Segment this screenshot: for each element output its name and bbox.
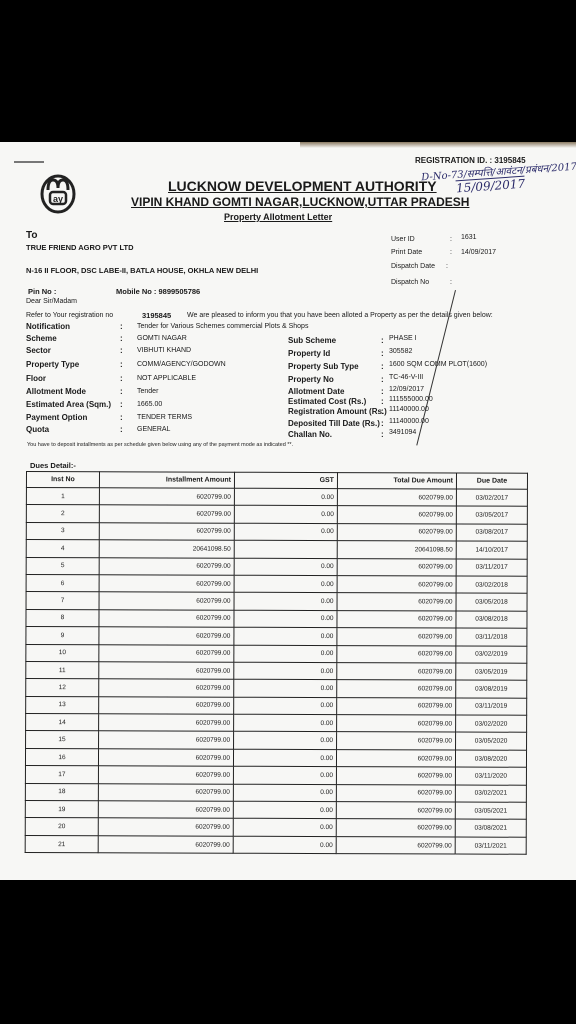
cell: 1	[26, 488, 99, 506]
pen-mark	[14, 161, 44, 163]
detail-value: 1600 SQM COMM PLOT(1600)	[389, 361, 487, 368]
table-row: 206020799.000.006020799.0003/08/2021	[25, 818, 526, 837]
colon: :	[120, 374, 123, 383]
cell: 6020799.00	[98, 766, 233, 784]
refer-label: Refer to Your registration no	[26, 312, 113, 319]
pin-label: Pin No :	[28, 287, 56, 296]
table-row: 66020799.000.006020799.0003/02/2018	[26, 574, 527, 593]
cell: 2	[26, 505, 99, 523]
cell: 6020799.00	[337, 610, 456, 628]
detail-label: Allotment Mode	[26, 387, 86, 396]
authority-address: VIPIN KHAND GOMTI NAGAR,LUCKNOW,UTTAR PR…	[131, 195, 469, 209]
cell: 03/02/2019	[456, 646, 527, 664]
cell: 6020799.00	[99, 714, 234, 732]
detail-value: NOT APPLICABLE	[137, 375, 196, 382]
colon: :	[120, 425, 123, 434]
cell: 7	[26, 592, 99, 610]
detail-value: Tender for Various Schemes commercial Pl…	[137, 323, 308, 330]
table-row: 56020799.000.006020799.0003/11/2017	[26, 557, 527, 576]
colon: :	[381, 387, 384, 396]
detail-label: Estimated Cost (Rs.)	[288, 397, 366, 406]
cell: 6020799.00	[337, 593, 456, 611]
cell: 6020799.00	[337, 680, 456, 698]
dues-header-row: Inst No Installment Amount GST Total Due…	[26, 472, 527, 490]
cell: 03/11/2021	[455, 837, 526, 855]
user-id-value: 1631	[461, 234, 477, 241]
cell: 9	[26, 627, 99, 645]
detail-label: Deposited Till Date (Rs.)	[288, 419, 380, 428]
detail-value: 3491094	[389, 429, 416, 436]
cell: 6020799.00	[337, 506, 456, 524]
colon: :	[381, 362, 384, 371]
detail-value: 111555000.00	[389, 396, 433, 403]
table-row: 146020799.000.006020799.0003/02/2020	[26, 714, 527, 733]
table-row: 126020799.000.006020799.0003/08/2019	[26, 679, 527, 698]
cell: 0.00	[234, 697, 337, 715]
cell: 20641098.50	[337, 541, 456, 559]
colon: :	[381, 375, 384, 384]
cell: 6020799.00	[99, 557, 234, 575]
mobile-number: Mobile No : 9899505786	[116, 287, 200, 296]
cell: 20641098.50	[99, 540, 234, 558]
salutation: Dear Sir/Madam	[26, 298, 77, 305]
table-row: 106020799.000.006020799.0003/02/2019	[26, 644, 527, 663]
detail-label: Property Id	[288, 349, 330, 358]
colon: :	[381, 349, 384, 358]
cell: 6020799.00	[337, 697, 456, 715]
cell: 6020799.00	[99, 644, 234, 662]
table-row: 16020799.000.006020799.0003/02/2017	[26, 488, 527, 507]
table-row: 186020799.000.006020799.0003/02/2021	[25, 783, 526, 802]
detail-value: GOMTI NAGAR	[137, 335, 187, 342]
detail-label: Challan No.	[288, 430, 332, 439]
table-row: 116020799.000.006020799.0003/05/2019	[26, 661, 527, 680]
cell: 6020799.00	[336, 749, 455, 767]
detail-label: Property Type	[26, 360, 79, 369]
print-date-label: Print Date	[391, 249, 422, 256]
cell: 6020799.00	[336, 802, 455, 820]
detail-value: GENERAL	[137, 426, 170, 433]
detail-value: 11140000.00	[389, 418, 429, 425]
detail-label: Notification	[26, 322, 70, 331]
detail-value: 1665.00	[137, 401, 162, 408]
detail-label: Scheme	[26, 334, 57, 343]
col-gst: GST	[234, 472, 337, 488]
cell: 6020799.00	[337, 645, 456, 663]
cell: 03/05/2020	[456, 732, 527, 750]
authority-name: LUCKNOW DEVELOPMENT AUTHORITY	[168, 178, 437, 194]
cell: 0.00	[233, 836, 336, 854]
detail-label: Estimated Area (Sqm.)	[26, 400, 111, 409]
cell: 6020799.00	[99, 679, 234, 697]
detail-value: COMM/AGENCY/GODOWN	[137, 361, 226, 368]
cell: 0.00	[233, 784, 336, 802]
user-id-label: User ID	[391, 236, 415, 243]
cell: 6020799.00	[99, 523, 234, 541]
colon: :	[120, 346, 123, 355]
detail-label: Sector	[26, 346, 51, 355]
cell: 6	[26, 574, 99, 592]
cell: 6020799.00	[337, 628, 456, 646]
cell: 03/08/2019	[456, 680, 527, 698]
detail-label: Payment Option	[26, 413, 87, 422]
cell: 6020799.00	[336, 819, 455, 837]
detail-value: 12/09/2017	[389, 386, 424, 393]
cell: 6020799.00	[98, 749, 233, 767]
cell: 03/05/2018	[456, 593, 527, 611]
table-row: 216020799.000.006020799.0003/11/2021	[25, 835, 526, 854]
cell: 6020799.00	[337, 732, 456, 750]
detail-value: TENDER TERMS	[137, 414, 192, 421]
col-inst-no: Inst No	[26, 472, 99, 488]
to-label: To	[26, 230, 37, 241]
cell: 03/05/2019	[456, 663, 527, 681]
cell: 0.00	[234, 680, 337, 698]
lda-logo-icon: ay	[40, 172, 76, 214]
table-row: 26020799.000.006020799.0003/05/2017	[26, 505, 527, 524]
dispatch-no-label: Dispatch No	[391, 279, 429, 286]
cell: 0.00	[234, 662, 337, 680]
cell: 0.00	[234, 523, 337, 541]
cell: 4	[26, 540, 99, 558]
cell: 0.00	[234, 593, 337, 611]
dispatch-date-label: Dispatch Date	[391, 263, 435, 270]
colon: :	[120, 400, 123, 409]
cell: 03/02/2021	[455, 785, 526, 803]
cell: 19	[25, 801, 98, 819]
cell: 03/08/2020	[455, 750, 526, 768]
col-total-due: Total Due Amount	[337, 473, 456, 489]
cell: 6020799.00	[99, 575, 234, 593]
cell: 6020799.00	[99, 592, 234, 610]
payment-note: You have to deposit installments as per …	[27, 442, 293, 448]
colon: :	[120, 387, 123, 396]
detail-label: Registration Amount (Rs.)	[288, 407, 387, 416]
cell: 13	[26, 696, 99, 714]
cell: 6020799.00	[98, 836, 233, 854]
cell: 5	[26, 557, 99, 575]
colon: :	[450, 279, 452, 286]
cell: 14/10/2017	[456, 541, 527, 559]
cell: 14	[26, 714, 99, 732]
colon: :	[381, 407, 384, 416]
cell: 03/02/2017	[456, 489, 527, 507]
cell: 6020799.00	[99, 627, 234, 645]
table-row: 36020799.000.006020799.0003/08/2017	[26, 522, 527, 541]
table-row: 420641098.5020641098.5014/10/2017	[26, 540, 527, 559]
table-row: 176020799.000.006020799.0003/11/2020	[25, 766, 526, 785]
cell: 17	[25, 766, 98, 784]
detail-label: Property Sub Type	[288, 362, 359, 371]
colon: :	[450, 236, 452, 243]
cell: 0.00	[233, 749, 336, 767]
cell: 0.00	[233, 766, 336, 784]
cell: 18	[25, 783, 98, 801]
cell: 6020799.00	[98, 801, 233, 819]
cell: 0.00	[234, 645, 337, 663]
cell: 0.00	[234, 575, 337, 593]
table-row: 76020799.000.006020799.0003/05/2018	[26, 592, 527, 611]
cell: 03/11/2020	[455, 767, 526, 785]
detail-value: TC-46-V-III	[389, 374, 423, 381]
cell: 6020799.00	[337, 662, 456, 680]
cell: 12	[26, 679, 99, 697]
cell: 6020799.00	[337, 523, 456, 541]
cell: 0.00	[234, 506, 337, 524]
detail-label: Allotment Date	[288, 387, 344, 396]
cell: 03/08/2018	[456, 611, 527, 629]
cell: 03/05/2017	[456, 506, 527, 524]
recipient-address: N-16 II FLOOR, DSC LABE-II, BATLA HOUSE,…	[26, 266, 258, 275]
cell: 10	[26, 644, 99, 662]
cell: 03/08/2021	[455, 819, 526, 837]
colon: :	[446, 263, 448, 270]
col-installment-amount: Installment Amount	[99, 472, 234, 488]
cell: 6020799.00	[336, 767, 455, 785]
table-row: 166020799.000.006020799.0003/08/2020	[25, 748, 526, 767]
cell: 0.00	[233, 819, 336, 837]
dues-title: Dues Detail:-	[30, 461, 76, 470]
cell: 20	[25, 818, 98, 836]
recipient-name: TRUE FRIEND AGRO PVT LTD	[26, 243, 134, 252]
cell: 03/11/2018	[456, 628, 527, 646]
dues-table: Inst No Installment Amount GST Total Due…	[25, 471, 528, 855]
table-row: 86020799.000.006020799.0003/08/2018	[26, 609, 527, 628]
table-row: 96020799.000.006020799.0003/11/2018	[26, 627, 527, 646]
cell: 0.00	[234, 610, 337, 628]
cell: 03/08/2017	[456, 524, 527, 542]
cell	[234, 540, 337, 558]
cell: 03/02/2020	[456, 715, 527, 733]
cell: 8	[26, 609, 99, 627]
cell: 0.00	[233, 801, 336, 819]
detail-label: Sub Scheme	[288, 336, 336, 345]
cell: 6020799.00	[99, 488, 234, 506]
registration-number: 3195845	[142, 311, 171, 320]
cell: 6020799.00	[99, 731, 234, 749]
cell: 3	[26, 522, 99, 540]
colon: :	[381, 336, 384, 345]
colon: :	[120, 413, 123, 422]
colon: :	[450, 249, 452, 256]
detail-label: Floor	[26, 374, 46, 383]
print-date-value: 14/09/2017	[461, 249, 496, 256]
colon: :	[381, 430, 384, 439]
detail-value: PHASE I	[389, 335, 417, 342]
table-row: 156020799.000.006020799.0003/05/2020	[26, 731, 527, 750]
colon: :	[120, 322, 123, 331]
detail-label: Quota	[26, 425, 49, 434]
detail-value: 305582	[389, 348, 412, 355]
cell: 6020799.00	[336, 836, 455, 854]
detail-value: 11140000.00	[389, 406, 429, 413]
detail-label: Property No	[288, 375, 334, 384]
cell: 6020799.00	[98, 818, 233, 836]
cell: 6020799.00	[99, 662, 234, 680]
cell: 0.00	[234, 732, 337, 750]
cell: 03/05/2021	[455, 802, 526, 820]
cell: 6020799.00	[99, 696, 234, 714]
cell: 16	[25, 748, 98, 766]
cell: 6020799.00	[99, 609, 234, 627]
cell: 0.00	[234, 488, 337, 506]
svg-text:ay: ay	[53, 194, 63, 204]
cell: 03/02/2018	[456, 576, 527, 594]
detail-value: Tender	[137, 388, 158, 395]
cell: 6020799.00	[99, 505, 234, 523]
colon: :	[381, 419, 384, 428]
paper-edge-shadow	[300, 142, 576, 148]
cell: 03/11/2017	[456, 559, 527, 577]
cell: 15	[26, 731, 99, 749]
table-row: 196020799.000.006020799.0003/05/2021	[25, 801, 526, 820]
colon: :	[120, 360, 123, 369]
cell: 6020799.00	[337, 715, 456, 733]
cell: 0.00	[234, 714, 337, 732]
cell: 6020799.00	[336, 784, 455, 802]
cell: 0.00	[234, 558, 337, 576]
cell: 0.00	[234, 627, 337, 645]
colon: :	[381, 397, 384, 406]
cell: 6020799.00	[337, 489, 456, 507]
cell: 11	[26, 661, 99, 679]
cell: 6020799.00	[337, 576, 456, 594]
cell: 6020799.00	[98, 783, 233, 801]
detail-value: VIBHUTI KHAND	[137, 347, 191, 354]
colon: :	[120, 334, 123, 343]
cell: 6020799.00	[337, 558, 456, 576]
cell: 21	[25, 835, 98, 853]
col-due-date: Due Date	[456, 473, 527, 489]
document-title: Property Allotment Letter	[224, 212, 332, 222]
table-row: 136020799.000.006020799.0003/11/2019	[26, 696, 527, 715]
cell: 03/11/2019	[456, 698, 527, 716]
